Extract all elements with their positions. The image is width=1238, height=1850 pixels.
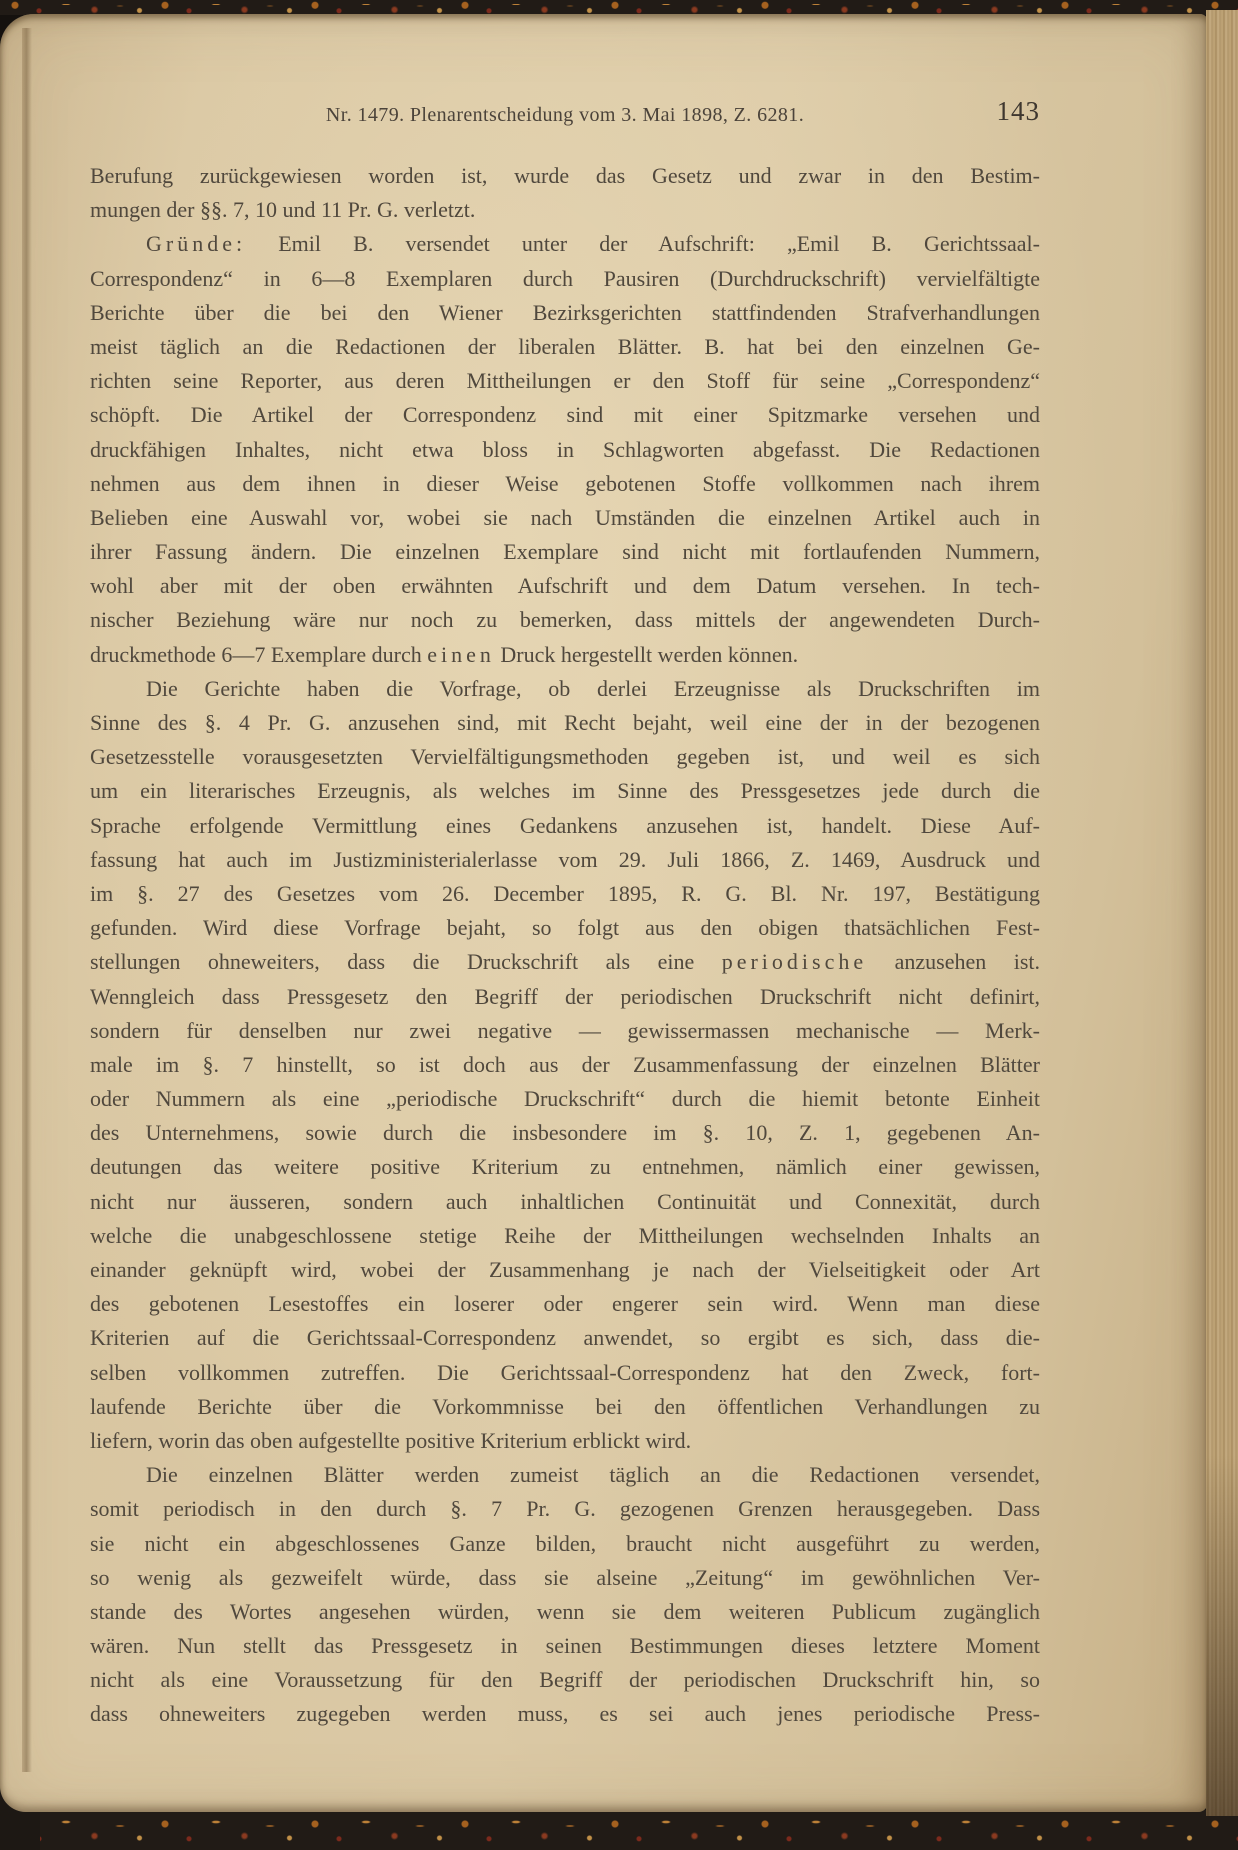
stacked-page-edges bbox=[1206, 10, 1238, 1816]
text-line: des Unternehmens, sowie durch die insbes… bbox=[90, 1116, 1040, 1150]
text-segment: Druck hergestellt werden können. bbox=[495, 642, 798, 667]
text-block: Berufung zurückgewiesen worden ist, wurd… bbox=[90, 159, 1040, 1732]
emphasized-word: Gründe: bbox=[146, 231, 246, 256]
running-head-title: Nr. 1479. Plenarentscheidung vom 3. Mai … bbox=[90, 96, 1040, 127]
text-line: Kriterien auf die Gerichtssaal-Correspon… bbox=[90, 1321, 1040, 1355]
text-line: schöpft. Die Artikel der Correspondenz s… bbox=[90, 398, 1040, 432]
text-line: selben vollkommen zutreffen. Die Gericht… bbox=[90, 1356, 1040, 1390]
gutter-crease bbox=[22, 28, 32, 1772]
text-line: Wenngleich dass Pressgesetz den Begriff … bbox=[90, 980, 1040, 1014]
text-line: fassung hat auch im Justizministerialerl… bbox=[90, 843, 1040, 877]
text-line: nicht nur äusseren, sondern auch inhaltl… bbox=[90, 1185, 1040, 1219]
text-line: sie nicht ein abgeschlossenes Ganze bild… bbox=[90, 1527, 1040, 1561]
text-line: wären. Nun stellt das Pressgesetz in sei… bbox=[90, 1629, 1040, 1663]
emphasized-word: einen bbox=[427, 642, 495, 667]
text-line: richten seine Reporter, aus deren Mitthe… bbox=[90, 364, 1040, 398]
book-cover-bottom-edge bbox=[0, 1810, 1238, 1850]
text-line: um ein literarisches Erzeugnis, als welc… bbox=[90, 774, 1040, 808]
text-line: so wenig als gezweifelt würde, dass sie … bbox=[90, 1561, 1040, 1595]
text-line: welche die unabgeschlossene stetige Reih… bbox=[90, 1219, 1040, 1253]
text-line: Belieben eine Auswahl vor, wobei sie nac… bbox=[90, 501, 1040, 535]
page-number: 143 bbox=[997, 96, 1041, 127]
text-segment: Emil B. versendet unter der Aufschrift: … bbox=[246, 231, 1040, 256]
text-line: sondern für denselben nur zwei negative … bbox=[90, 1014, 1040, 1048]
text-line: meist täglich an die Redactionen der lib… bbox=[90, 330, 1040, 364]
text-line: nehmen aus dem ihnen in dieser Weise geb… bbox=[90, 467, 1040, 501]
text-segment: druckmethode 6—7 Exemplare durch bbox=[90, 642, 427, 667]
book-page: Nr. 1479. Plenarentscheidung vom 3. Mai … bbox=[0, 14, 1208, 1812]
text-line: im §. 27 des Gesetzes vom 26. December 1… bbox=[90, 877, 1040, 911]
text-line: dass ohneweiters zugegeben werden muss, … bbox=[90, 1697, 1040, 1731]
text-line: liefern, worin das oben aufgestellte pos… bbox=[90, 1424, 1040, 1458]
text-line: wohl aber mit der oben erwähnten Aufschr… bbox=[90, 569, 1040, 603]
text-line: Gründe: Emil B. versendet unter der Aufs… bbox=[90, 227, 1040, 261]
text-line: mungen der §§. 7, 10 und 11 Pr. G. verle… bbox=[90, 193, 1040, 227]
text-line: gefunden. Wird diese Vorfrage bejaht, so… bbox=[90, 911, 1040, 945]
text-line: Sinne des §. 4 Pr. G. anzusehen sind, mi… bbox=[90, 706, 1040, 740]
running-head: Nr. 1479. Plenarentscheidung vom 3. Mai … bbox=[90, 96, 1040, 142]
page-content: Nr. 1479. Plenarentscheidung vom 3. Mai … bbox=[90, 96, 1040, 1732]
text-line: ihrer Fassung ändern. Die einzelnen Exem… bbox=[90, 535, 1040, 569]
emphasized-word: periodische bbox=[722, 949, 867, 974]
book-cover-top-edge bbox=[0, 0, 1238, 15]
text-line: Sprache erfolgende Vermittlung eines Ged… bbox=[90, 809, 1040, 843]
text-line: druckfähigen Inhaltes, nicht etwa bloss … bbox=[90, 433, 1040, 467]
text-line: oder Nummern als eine „periodische Druck… bbox=[90, 1082, 1040, 1116]
text-line: des gebotenen Lesestoffes ein loserer od… bbox=[90, 1287, 1040, 1321]
text-line: stellungen ohneweiters, dass die Drucksc… bbox=[90, 945, 1040, 979]
text-line: Gesetzesstelle vorausgesetzten Vervielfä… bbox=[90, 740, 1040, 774]
text-line: Correspondenz“ in 6—8 Exemplaren durch P… bbox=[90, 262, 1040, 296]
text-segment: stellungen ohneweiters, dass die Drucksc… bbox=[90, 949, 722, 974]
text-line: Berichte über die bei den Wiener Bezirks… bbox=[90, 296, 1040, 330]
book-scan: Nr. 1479. Plenarentscheidung vom 3. Mai … bbox=[0, 0, 1238, 1850]
text-line: einander geknüpft wird, wobei der Zusamm… bbox=[90, 1253, 1040, 1287]
text-line: male im §. 7 hinstellt, so ist doch aus … bbox=[90, 1048, 1040, 1082]
text-line: Die Gerichte haben die Vorfrage, ob derl… bbox=[90, 672, 1040, 706]
text-line: nischer Beziehung wäre nur noch zu bemer… bbox=[90, 603, 1040, 637]
text-line: stande des Wortes angesehen würden, wenn… bbox=[90, 1595, 1040, 1629]
text-line: Die einzelnen Blätter werden zumeist täg… bbox=[90, 1458, 1040, 1492]
text-line: druckmethode 6—7 Exemplare durch einen D… bbox=[90, 638, 1040, 672]
text-line: Berufung zurückgewiesen worden ist, wurd… bbox=[90, 159, 1040, 193]
text-line: laufende Berichte über die Vorkommnisse … bbox=[90, 1390, 1040, 1424]
text-line: deutungen das weitere positive Kriterium… bbox=[90, 1150, 1040, 1184]
text-segment: anzusehen ist. bbox=[867, 949, 1040, 974]
text-line: nicht als eine Voraussetzung für den Beg… bbox=[90, 1663, 1040, 1697]
text-line: somit periodisch in den durch §. 7 Pr. G… bbox=[90, 1492, 1040, 1526]
